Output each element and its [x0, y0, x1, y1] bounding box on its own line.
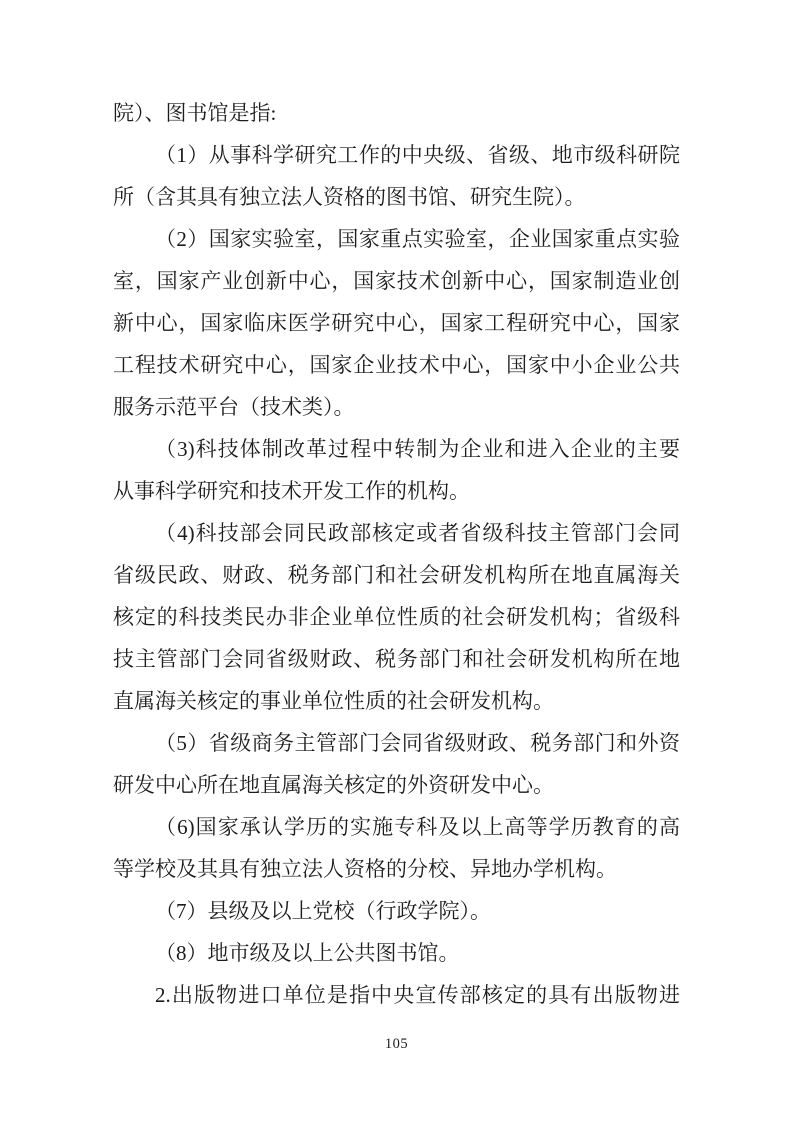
text-line: 所（含其具有独立法人资格的图书馆、研究生院）。 — [113, 176, 680, 218]
text-line: 室，国家产业创新中心，国家技术创新中心，国家制造业创 — [113, 260, 680, 302]
page-number: 105 — [0, 1036, 793, 1053]
text-line: 等学校及其具有独立法人资格的分校、异地办学机构。 — [113, 848, 680, 890]
text-line: 直属海关核定的事业单位性质的社会研发机构。 — [113, 680, 680, 722]
text-line: （2）国家实验室，国家重点实验室，企业国家重点实验 — [113, 218, 680, 260]
text-line: （7）县级及以上党校（行政学院）。 — [113, 890, 680, 932]
text-line: 从事科学研究和技术开发工作的机构。 — [113, 470, 680, 512]
text-line: （1）从事科学研究工作的中央级、省级、地市级科研院 — [113, 134, 680, 176]
text-line: 服务示范平台（技术类）。 — [113, 386, 680, 428]
text-line: 工程技术研究中心，国家企业技术中心，国家中小企业公共 — [113, 344, 680, 386]
document-page: 院）、图书馆是指:（1）从事科学研究工作的中央级、省级、地市级科研院所（含其具有… — [0, 0, 793, 1122]
text-line: （6)国家承认学历的实施专科及以上高等学历教育的高 — [113, 806, 680, 848]
text-line: （8）地市级及以上公共图书馆。 — [113, 932, 680, 974]
text-line: （5）省级商务主管部门会同省级财政、税务部门和外资 — [113, 722, 680, 764]
text-line: 省级民政、财政、税务部门和社会研发机构所在地直属海关 — [113, 554, 680, 596]
text-line: 技主管部门会同省级财政、税务部门和社会研发机构所在地 — [113, 638, 680, 680]
text-line: 新中心，国家临床医学研究中心，国家工程研究中心，国家 — [113, 302, 680, 344]
text-line: 研发中心所在地直属海关核定的外资研发中心。 — [113, 764, 680, 806]
text-line: 核定的科技类民办非企业单位性质的社会研发机构；省级科 — [113, 596, 680, 638]
text-line: （3)科技体制改革过程中转制为企业和进入企业的主要 — [113, 428, 680, 470]
document-body: 院）、图书馆是指:（1）从事科学研究工作的中央级、省级、地市级科研院所（含其具有… — [113, 92, 680, 1016]
text-line: 2.出版物进口单位是指中央宣传部核定的具有出版物进 — [113, 974, 680, 1016]
text-line: （4)科技部会同民政部核定或者省级科技主管部门会同 — [113, 512, 680, 554]
text-line: 院）、图书馆是指: — [113, 92, 680, 134]
